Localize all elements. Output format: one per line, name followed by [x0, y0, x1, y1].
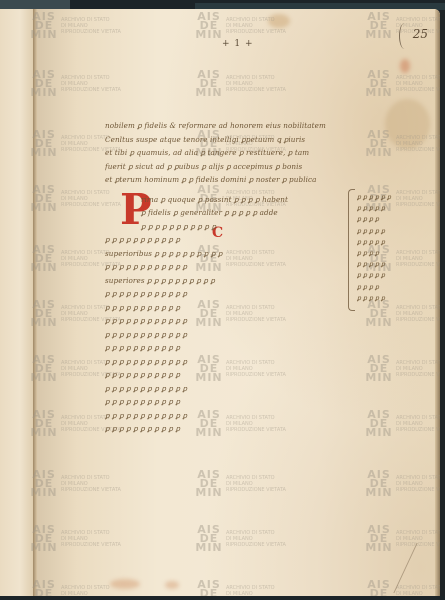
folio-number: 25	[413, 27, 428, 41]
text-line: ꝑ ꝑ ꝑ ꝑ ꝑ ꝑ ꝑ ꝑ ꝑ ꝑ ꝑ	[105, 341, 355, 355]
text-line: rima ꝑ quoque ꝑ possint ꝑ ꝑ ꝑ ꝑ habent	[105, 193, 355, 207]
header-mark: + 1 +	[222, 39, 254, 49]
paragraph-1: nobilem ꝑ fidelis & reformare ad honorem…	[105, 119, 355, 187]
text-line: fuerit ꝑ sicut ad ꝑ ꝑuibus ꝑ alijs ꝑ acc…	[105, 160, 355, 174]
text-line: ꝑ ꝑ ꝑ ꝑ ꝑ ꝑ ꝑ ꝑ ꝑ ꝑ ꝑ ꝑ	[105, 314, 355, 328]
text-line: superiores ꝑ ꝑ ꝑ ꝑ ꝑ ꝑ ꝑ ꝑ ꝑ ꝑ	[105, 274, 355, 288]
text-line: ꝑ ꝑ ꝑ ꝑ ꝑ ꝑ ꝑ ꝑ ꝑ ꝑ ꝑ	[105, 368, 355, 382]
text-line: ꝑ ꝑ ꝑ ꝑ ꝑ ꝑ ꝑ ꝑ ꝑ ꝑ ꝑ	[105, 233, 355, 247]
paragraph-2: rima ꝑ quoque ꝑ possint ꝑ ꝑ ꝑ ꝑ habent ꝑ…	[105, 193, 355, 436]
marginal-line: ꝑ ꝑ ꝑ ꝑ ꝑ	[357, 270, 437, 281]
folio-bracket	[399, 23, 410, 49]
text-line: ꝑ ꝑ ꝑ ꝑ ꝑ ꝑ ꝑ ꝑ ꝑ ꝑ ꝑ ꝑ	[105, 287, 355, 301]
text-line: ꝑ ꝑ ꝑ ꝑ ꝑ ꝑ ꝑ ꝑ ꝑ ꝑ ꝑ	[105, 395, 355, 409]
text-line: et tibi ꝑ quamuis, ad alia ꝑ tangere ꝑ r…	[105, 146, 355, 160]
marginal-line: ꝑ ꝑ ꝑ ꝑ ꝑ	[357, 293, 437, 304]
marginal-line: ꝑ ꝑ ꝑ ꝑ ꝑ	[357, 237, 437, 248]
marginal-note: ꝑ ꝑ ꝑ ꝑ ꝑ ꝑ ꝑ ꝑ ꝑ ꝑ ꝑ ꝑ ꝑ ꝑ ꝑ ꝑ ꝑ ꝑ ꝑ ꝑ …	[357, 192, 437, 304]
text-line: ꝑ ꝑ ꝑ ꝑ ꝑ ꝑ ꝑ ꝑ ꝑ ꝑ ꝑ	[105, 301, 355, 315]
text-line: et ꝑterum hominum ꝑ ꝑ fidelis domini ꝑ n…	[105, 173, 355, 187]
foxing-stain	[165, 581, 179, 589]
scan-bottom-border	[0, 596, 445, 600]
foxing-stain	[400, 59, 410, 73]
marginal-line: ꝑ ꝑ ꝑ ꝑ	[357, 282, 437, 293]
text-line: Cenltus suspe atque tenore intelligi ꝑpe…	[105, 133, 355, 147]
text-line: ꝑ ꝑ ꝑ ꝑ ꝑ ꝑ ꝑ ꝑ ꝑ ꝑ ꝑ ꝑ	[105, 328, 355, 342]
water-stain	[385, 99, 430, 149]
marginal-bracket	[348, 189, 355, 311]
text-line: superioribus ꝑ ꝑ ꝑ ꝑ ꝑ ꝑ ꝑ ꝑ ꝑ ꝑ	[105, 247, 355, 261]
main-text-block: nobilem ꝑ fidelis & reformare ad honorem…	[105, 119, 355, 436]
text-line: ꝑ ꝑ ꝑ ꝑ ꝑ ꝑ ꝑ ꝑ ꝑ ꝑ ꝑ ꝑ	[105, 355, 355, 369]
marginal-line: ꝑ ꝑ ꝑ ꝑ ꝑ	[357, 203, 437, 214]
text-line: ꝑ fidelis ꝑ generaliter ꝑ ꝑ ꝑ ꝑ ꝑ adde	[105, 206, 355, 220]
manuscript-page: AISDEMINARCHIVIO DI STATODI MILANORIPROD…	[0, 9, 440, 597]
text-line: ꝑ ꝑ ꝑ ꝑ ꝑ ꝑ ꝑ ꝑ ꝑ ꝑ ꝑ ꝑ	[105, 260, 355, 274]
marginal-line: ꝑ ꝑ ꝑ ꝑ	[357, 248, 437, 259]
foxing-stain	[268, 14, 290, 28]
text-line: nobilem ꝑ fidelis & reformare ad honorem…	[105, 119, 355, 133]
foxing-stain	[110, 579, 140, 589]
facing-leaf	[0, 9, 36, 597]
text-line: ꝑ ꝑ ꝑ ꝑ ꝑ ꝑ ꝑ ꝑ ꝑ ꝑ ꝑ ꝑ	[105, 409, 355, 423]
text-line: ꝑ ꝑ ꝑ ꝑ ꝑ ꝑ ꝑ ꝑ ꝑ ꝑ ꝑ	[105, 220, 355, 234]
marginal-line: ꝑ ꝑ ꝑ ꝑ ꝑ ꝑ	[357, 192, 437, 203]
marginal-line: ꝑ ꝑ ꝑ ꝑ	[357, 214, 437, 225]
text-line: ꝑ ꝑ ꝑ ꝑ ꝑ ꝑ ꝑ ꝑ ꝑ ꝑ ꝑ ꝑ	[105, 382, 355, 396]
marginal-line: ꝑ ꝑ ꝑ ꝑ ꝑ	[357, 226, 437, 237]
text-line: ꝑ ꝑ ꝑ ꝑ ꝑ ꝑ ꝑ ꝑ ꝑ ꝑ ꝑ	[105, 422, 355, 436]
marginal-line: ꝑ ꝑ ꝑ ꝑ ꝑ	[357, 259, 437, 270]
